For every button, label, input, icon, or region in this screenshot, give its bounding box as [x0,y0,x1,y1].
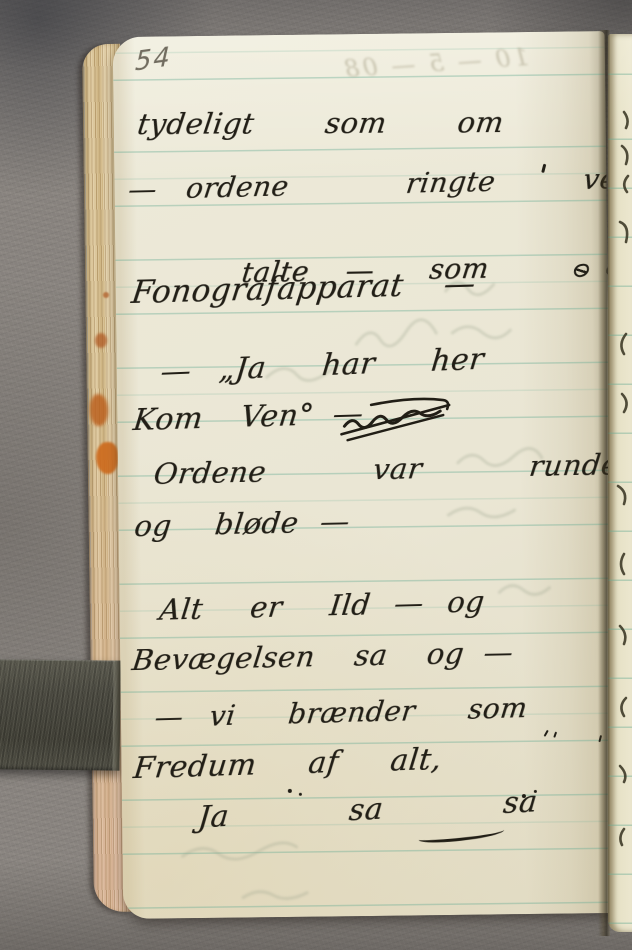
metal-strip [0,659,121,770]
handwriting-line-13: Ja sa sa han [197,776,616,836]
stray-ink-tick [553,732,557,738]
handwriting-line-9: Alt er Ild — og [158,584,487,627]
stray-ink-dot [288,789,292,793]
notebook-page: 10 — 5 — 08 54 tydeligt som om — ordene … [113,31,616,919]
handwriting-line-8: og bløde — [133,504,352,543]
handwriting-line-1: tydeligt som om [135,105,506,141]
bleedthrough-mirrored-date: 10 — 5 — 08 [338,43,529,83]
page-number: 54 [134,42,172,77]
handwriting-line-11: — vi brænder som [153,691,529,734]
rust-stain [96,442,118,474]
handwriting-line-5: — „Ja har her [159,341,486,389]
handwriting-line-7: Ordene var runde [152,447,615,491]
stray-ink-tick [544,730,549,737]
handwriting-line-6: Kom Ven° — [131,396,365,438]
stray-ink-dot [522,794,526,798]
rust-stain [95,333,107,348]
handwriting-line-12: Fredum af alt, [132,742,444,786]
crossed-out-word [339,393,460,446]
facing-page-ink-fragments [608,34,632,932]
notebook-photo: 10 — 5 — 08 54 tydeligt som om — ordene … [0,0,632,950]
rust-stain [90,394,108,426]
handwriting-line-10: Bevægelsen sa og — [130,635,515,677]
metal-strip-end [112,661,120,771]
stray-ink-dot [534,790,537,793]
pen-flourish [418,825,505,844]
rust-stain [103,292,109,298]
stray-ink-dot [299,793,302,796]
ink-blot [574,262,590,278]
facing-page-edge [608,34,632,932]
gutter-crease [598,30,610,936]
